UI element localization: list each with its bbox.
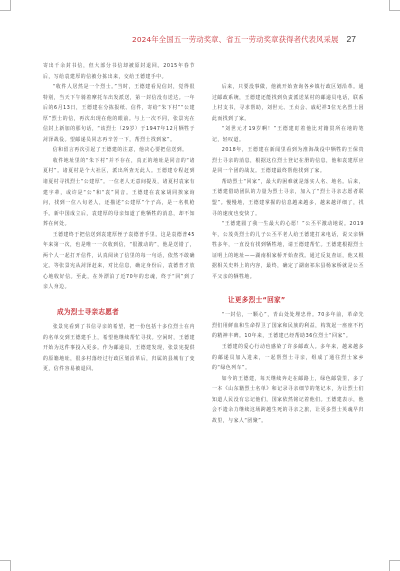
running-header: 2024年全国五一劳动奖章、省五一劳动奖章获得者代表风采展 27 — [132, 34, 356, 45]
header-title: 2024年全国五一劳动奖章、省五一劳动奖章获得者代表风采展 — [132, 34, 338, 45]
paragraph: 张景宪看到了书信寻亲的希望，把一份包括十多位烈士在内的名单交到王德建手上，希望他… — [43, 322, 195, 375]
left-column: 寄出千余封书信，但大部分书信却被原封退回。2015年春节后，写给袁建厚的信被分拣… — [43, 61, 195, 426]
paragraph: 收件地址里的“朱下村”并不存在，真正的地址是同音的“诸夏村”。诸夏村是个大社区，… — [43, 156, 195, 230]
crop-mark-top-left — [0, 0, 11, 11]
paragraph: “王德建圆了我一生最大的心愿！”公丕平激动地说。2019年，公茂英烈士的儿子公丕… — [212, 219, 364, 282]
right-column: 后来，只要没事做，他就开始查询各乡镇行政区划沿革。通过邮政系统，王德建还能找到负… — [212, 61, 364, 426]
paragraph: 如今的王德建，每天继续奔走在邮路上，绿色邮袋里，多了一本《山东籍烈士名单》和记录… — [212, 374, 364, 427]
paragraph: “刘世元才19岁啊！”王德建盯着他比对籍贯所在地的笔记，轻叹道。 — [212, 124, 364, 145]
paragraph: 后来，只要没事做，他就开始查询各乡镇行政区划沿革。通过邮政系统，王德建还能找到负… — [212, 82, 364, 124]
paragraph: 帮助烈士“回家”，最大的困难就是落实人名、地名。后来，王德建借助团队的力量为烈士… — [212, 177, 364, 219]
article-body: 寄出千余封书信，但大部分书信却被原封退回。2015年春节后，写给袁建厚的信被分拣… — [43, 61, 364, 426]
paragraph: 王德建终于把信送到袁建厚侄子袁德普手里。这是袁德普45年来第一次，也是唯一一次收… — [43, 230, 195, 293]
paragraph: 2018年，王德建在新闻里看到为淮海战役中牺牲的王保贵烈士寻亲的消息，根据这位烈… — [212, 145, 364, 177]
crop-mark-bottom-left — [0, 560, 11, 571]
paragraph: 信和留言再次引起了王德建的注意，他决心要把信送到。 — [43, 145, 195, 156]
paragraph: 王德建的爱心行动也感染了许多邮政人。多年来，越来越多的邮递员加入进来，一起帮烈士… — [212, 342, 364, 374]
paragraph: “一封信，一颗心”，青山处处埋忠骨。70多年前，革命先烈们用鲜血和生命捍卫了国家… — [212, 310, 364, 342]
crop-mark-top-right — [389, 0, 400, 11]
paragraph: “收件人居然是一个烈士。”当时，王德建看见信封，觉得很特别，当天下午骑着摩托车出… — [43, 82, 195, 145]
paragraph: 寄出千余封书信，但大部分书信却被原封退回。2015年春节后，写给袁建厚的信被分拣… — [43, 61, 195, 82]
crop-mark-bottom-right — [389, 560, 400, 571]
section-heading: 成为烈士寻亲志愿者 — [43, 306, 195, 318]
page-number: 27 — [347, 34, 356, 44]
section-heading: 让更多烈士“回家” — [212, 294, 364, 306]
